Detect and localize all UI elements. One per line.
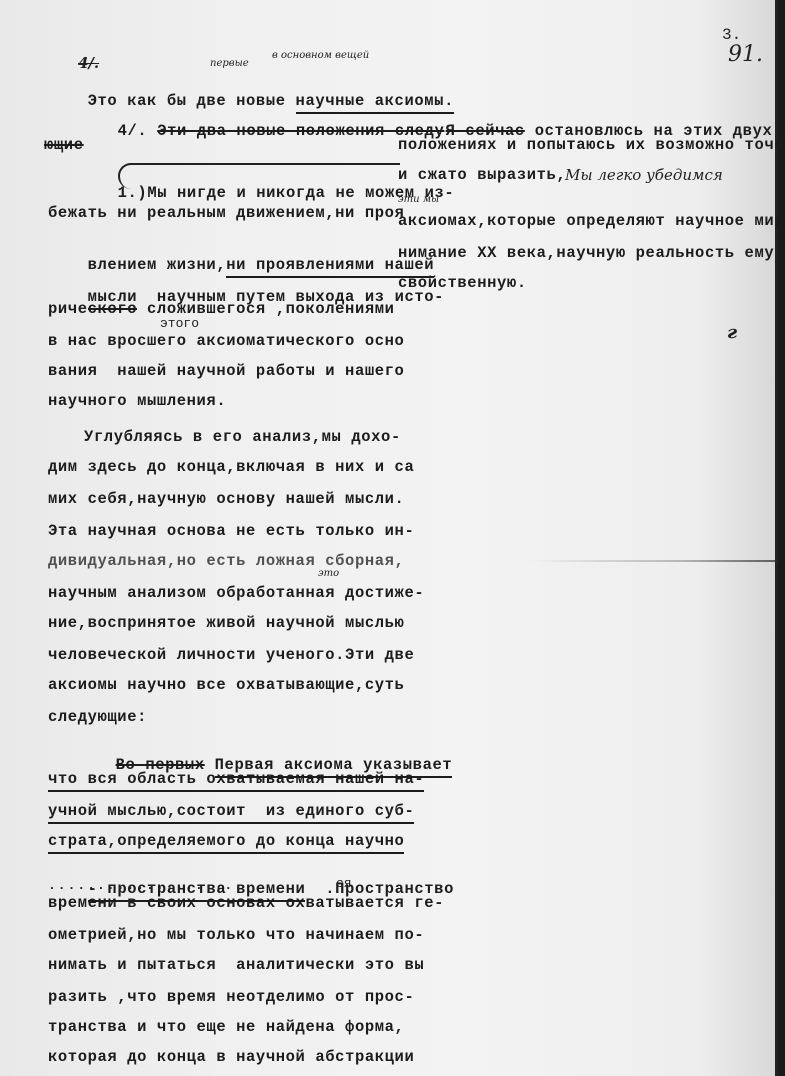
- text-fragment: 4/.: [118, 122, 158, 140]
- underlined-fragment: что вся область охватываемая нашей на-: [48, 770, 424, 792]
- handwritten-insert-etogo: этого: [160, 316, 199, 331]
- left-line-12: Углубляясь в его анализ,мы дохо-: [84, 428, 401, 446]
- left-line-11: научного мышления.: [48, 392, 226, 410]
- left-line-20: аксиомы научно все охватывающие,суть: [48, 676, 404, 694]
- right-line-6: свойственную.: [398, 274, 527, 292]
- left-line-27: времени в своих основах охватывается ге-: [48, 894, 444, 912]
- left-line-13: дим здесь до конца,включая в них и са: [48, 458, 414, 476]
- right-line-2: положениях и попытаюсь их возможно точно: [398, 136, 785, 154]
- left-line-10: вания нашей научной работы и нашего: [48, 362, 404, 380]
- left-line-18: ние,воспринятое живой научной мыслью: [48, 614, 404, 632]
- handwritten-insert-pervye: первые: [210, 58, 249, 69]
- dotted-underline: ......................: [48, 878, 264, 893]
- left-line-15: Эта научная основа не есть только ин-: [48, 522, 414, 540]
- left-line-23: что вся область охватываемая нашей на-: [48, 770, 424, 788]
- left-line-16: дивидуальная,но есть ложная сборная,: [48, 552, 404, 570]
- right-line-5: нимание XX века,научную реальность ему: [398, 244, 774, 262]
- left-line-28: ометрией,но мы только что начинаем по-: [48, 926, 424, 944]
- right-line-3: и сжато выразить,: [398, 166, 566, 184]
- document-page: 3. 91. 4/. Это как бы две новые научные …: [0, 0, 778, 1076]
- left-line-8: рического сложившегося ,поколениями: [48, 300, 395, 318]
- corner-mark: г: [727, 322, 737, 343]
- left-line-5: бежать ни реальным движением,ни проя: [48, 204, 404, 222]
- left-line-17: научным анализом обработанная достиже-: [48, 584, 424, 602]
- handwritten-insert-osnov: в основном вещей: [272, 50, 369, 61]
- left-line-14: мих себя,научную основу нашей мысли.: [48, 490, 404, 508]
- handwritten-insert-eto: это: [318, 568, 339, 579]
- handwritten-insert-sya: ся: [336, 876, 352, 891]
- underlined-fragment: страта,определяемого до конца научно: [48, 832, 404, 854]
- left-line-32: которая до конца в научной абстракции: [48, 1048, 414, 1066]
- left-line-25: страта,определяемого до конца научно: [48, 832, 404, 850]
- left-line-30: разить ,что время неотделимо от прос-: [48, 988, 414, 1006]
- page-fold-crease: [530, 560, 778, 562]
- page-number-handwritten: 91.: [728, 42, 763, 67]
- right-line-4: аксиомах,которые определяют научное миро…: [398, 212, 785, 230]
- left-line-2: 4/. Эти два новые положения следу: [78, 104, 444, 158]
- left-line-21: следующие:: [48, 708, 147, 726]
- margin-mark: 4/.: [78, 54, 99, 72]
- underlined-fragment: учной мыслью,состоит из единого суб-: [48, 802, 414, 824]
- handwritten-insert-my-legko: Мы легко убедимся: [565, 166, 723, 184]
- left-line-9: в нас вросшего аксиоматического осно: [48, 332, 404, 350]
- left-line-3: ющие: [44, 136, 84, 154]
- handwritten-bracket: [118, 163, 400, 189]
- left-line-19: человеческой личности ученого.Эти две: [48, 646, 414, 664]
- handwritten-insert-eti-my: эти мы: [398, 194, 439, 205]
- left-line-24: учной мыслью,состоит из единого суб-: [48, 802, 414, 820]
- left-line-31: транства и что еще не найдена форма,: [48, 1018, 404, 1036]
- left-line-29: нимать и пытаться аналитически это вы: [48, 956, 424, 974]
